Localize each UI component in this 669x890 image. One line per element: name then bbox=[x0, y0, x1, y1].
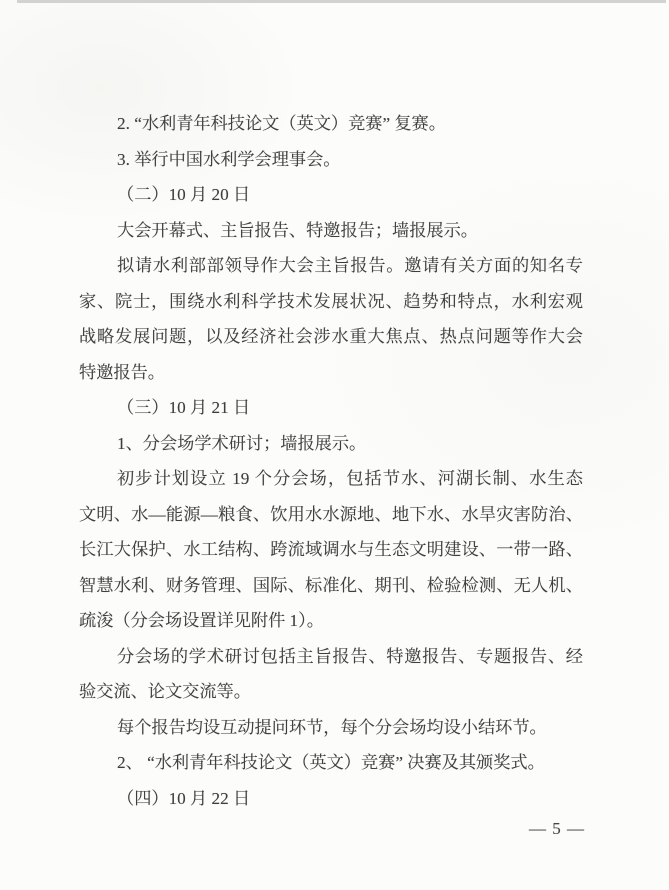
scanned-page: 2. “水利青年科技论文（英文）竞赛” 复赛。 3. 举行中国水利学会理事会。 … bbox=[0, 0, 669, 890]
text-line: 战略发展问题，以及经济社会涉水重大焦点、热点问题等作大会 bbox=[79, 319, 583, 355]
text-line: 文明、水—能源—粮食、饮用水水源地、地下水、水旱灾害防治、 bbox=[79, 497, 583, 533]
text-line: 长江大保护、水工结构、跨流域调水与生态文明建设、一带一路、 bbox=[79, 532, 583, 568]
scan-edge-artifact bbox=[17, 0, 666, 3]
text-line: 大会开幕式、主旨报告、特邀报告；墙报展示。 bbox=[79, 213, 583, 249]
section-heading: （四）10 月 22 日 bbox=[79, 781, 583, 817]
text-line: 分会场的学术研讨包括主旨报告、特邀报告、专题报告、经 bbox=[79, 639, 583, 675]
text-line: 2. “水利青年科技论文（英文）竞赛” 复赛。 bbox=[79, 106, 583, 142]
text-line: 3. 举行中国水利学会理事会。 bbox=[79, 142, 583, 178]
text-line: 每个报告均设互动提问环节，每个分会场均设小结环节。 bbox=[79, 710, 583, 746]
document-body: 2. “水利青年科技论文（英文）竞赛” 复赛。 3. 举行中国水利学会理事会。 … bbox=[79, 106, 583, 816]
text-line: 特邀报告。 bbox=[79, 355, 583, 391]
page-number: — 5 — bbox=[79, 816, 585, 842]
section-heading: （三）10 月 21 日 bbox=[79, 390, 583, 426]
text-line: 智慧水利、财务管理、国际、标准化、期刊、检验检测、无人机、 bbox=[79, 568, 583, 604]
text-line: 疏浚（分会场设置详见附件 1）。 bbox=[79, 603, 583, 639]
text-line: 1、分会场学术研讨；墙报展示。 bbox=[79, 426, 583, 462]
text-line: 验交流、论文交流等。 bbox=[79, 674, 583, 710]
text-line: 家、院士，围绕水利科学技术发展状况、趋势和特点，水利宏观 bbox=[79, 284, 583, 320]
text-line: 2、 “水利青年科技论文（英文）竞赛” 决赛及其颁奖式。 bbox=[79, 745, 583, 781]
section-heading: （二）10 月 20 日 bbox=[79, 177, 583, 213]
text-line: 初步计划设立 19 个分会场，包括节水、河湖长制、水生态 bbox=[79, 461, 583, 497]
text-line: 拟请水利部部领导作大会主旨报告。邀请有关方面的知名专 bbox=[79, 248, 583, 284]
